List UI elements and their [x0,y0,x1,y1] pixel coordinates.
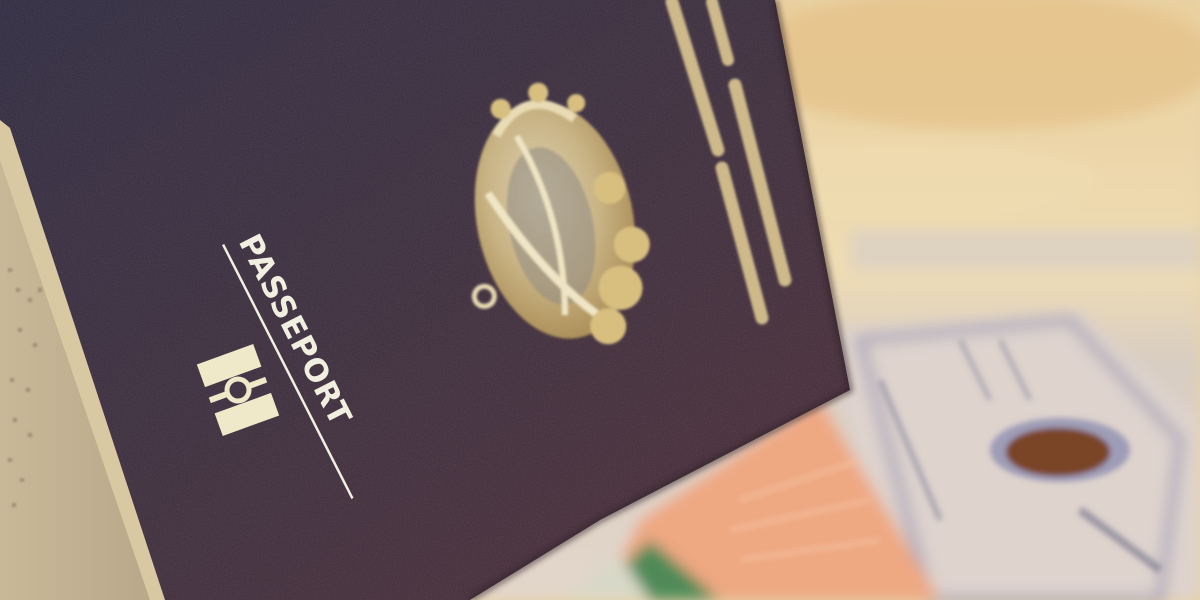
passport-photo: PASSEPORT [0,0,1200,600]
photo-scene: PASSEPORT [0,0,1200,600]
